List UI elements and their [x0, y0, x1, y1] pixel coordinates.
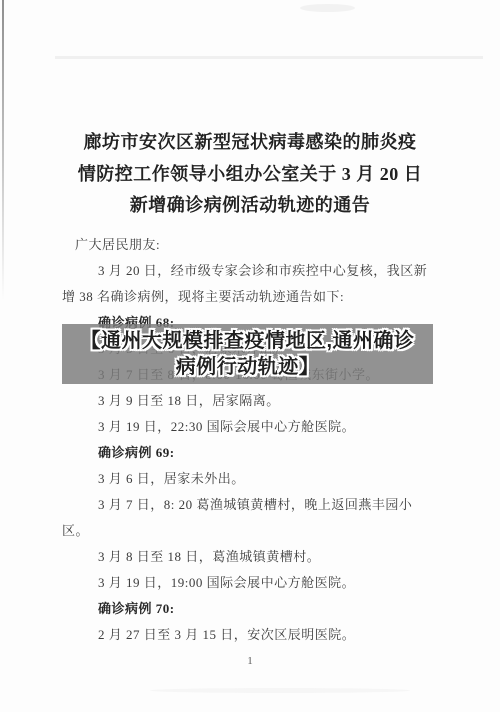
watermark-overlay-band: 【通州大规模排查疫情地区,通州确诊病例行动轨迹】 [62, 324, 433, 384]
doc-line: 3 月 7 日，8: 20 葛渔城镇黄槽村，晚上返回燕丰园小 [62, 492, 444, 518]
doc-line: 3 月 8 日至 18 日，葛渔城镇黄槽村。 [62, 544, 444, 570]
doc-line: 增 38 名确诊病例，现将主要活动轨迹通告如下: [62, 284, 444, 310]
document-body: 广大居民朋友:3 月 20 日，经市级专家会诊和市疾控中心复核，我区新增 38 … [62, 232, 444, 648]
watermark-caption: 【通州大规模排查疫情地区,通州确诊病例行动轨迹】 [62, 324, 433, 380]
case-heading: 确诊病例 70: [62, 596, 444, 622]
doc-line: 2 月 27 日至 3 月 15 日，安次区辰明医院。 [62, 622, 444, 648]
title-line: 新增确诊病例活动轨迹的通告 [0, 190, 500, 222]
doc-line: 3 月 20 日，经市级专家会诊和市疾控中心复核，我区新 [62, 258, 444, 284]
document-title: 廊坊市安次区新型冠状病毒感染的肺炎疫情防控工作领导小组办公室关于 3 月 20 … [0, 127, 500, 222]
doc-line: 3 月 19 日，19:00 国际会展中心方舱医院。 [62, 570, 444, 596]
case-heading: 确诊病例 69: [62, 440, 444, 466]
doc-line: 3 月 19 日，22:30 国际会展中心方舱医院。 [62, 414, 444, 440]
scan-smudge-artifact [300, 4, 355, 12]
page-number: 1 [0, 655, 500, 667]
doc-line: 广大居民朋友: [62, 232, 444, 258]
doc-line: 区。 [62, 518, 444, 544]
doc-line: 3 月 6 日，居家未外出。 [62, 466, 444, 492]
scanned-notice-page: 廊坊市安次区新型冠状病毒感染的肺炎疫情防控工作领导小组办公室关于 3 月 20 … [0, 0, 500, 712]
doc-line: 3 月 9 日至 18 日，居家隔离。 [62, 388, 444, 414]
scan-streak-artifact [55, 56, 483, 59]
title-line: 情防控工作领导小组办公室关于 3 月 20 日 [0, 159, 500, 191]
watermark-line: 【通州大规模排查疫情地区,通州确诊 [62, 328, 433, 354]
scan-smudge-artifact [150, 688, 410, 693]
watermark-line: 病例行动轨迹】 [62, 354, 433, 380]
title-line: 廊坊市安次区新型冠状病毒感染的肺炎疫 [0, 127, 500, 159]
